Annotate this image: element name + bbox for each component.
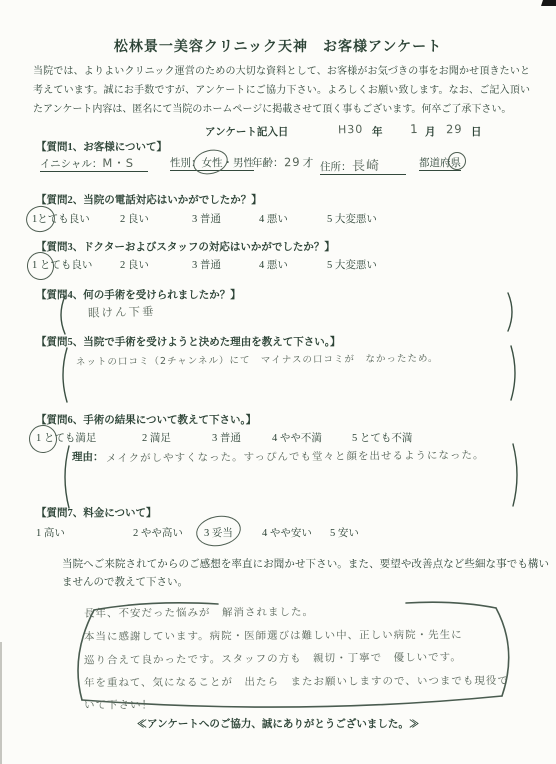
q7-option-2: 2 やや高い [133, 525, 204, 540]
q6-heading: 【質問6、手術の結果について教えて下さい。】 [36, 412, 256, 427]
gender-field: 性別：女性・男性 [170, 155, 254, 171]
age-unit: 才 [303, 158, 314, 169]
address-label: 住所： [320, 162, 352, 173]
age-value: 29 [283, 155, 300, 169]
date-year-value: H30 [338, 123, 364, 137]
q2-option-3: 3 普通 [192, 211, 259, 226]
q6-bracket-left [58, 444, 72, 510]
date-month-value: 1 [410, 122, 419, 136]
q6-option-5: 5 とても不満 [352, 430, 412, 445]
q3-option-3: 3 普通 [192, 257, 259, 272]
q1-heading: 【質問1、お客様について】 [36, 139, 167, 154]
intro-text: 当院では、よりよいクリニック運営のための大切な資料として、お客様がお気づきの事を… [33, 62, 530, 120]
q7-option-1: 1 高い [36, 525, 133, 540]
address-value: 長崎 [351, 155, 380, 175]
q6-option-2: 2 満足 [142, 430, 212, 445]
q6-reason-label: 理由： [72, 452, 104, 463]
q7-option-3: 3 妥当 [204, 525, 262, 540]
q7-heading: 【質問7、料金について】 [36, 505, 157, 520]
q5-bracket-right [508, 344, 522, 402]
q3-option-4: 4 悪い [259, 257, 327, 272]
date-year-unit: 年 [372, 124, 383, 139]
page-title: 松林景一美容クリニック天神 お客様アンケート [0, 36, 556, 56]
q6-option-1: 1 とても満足 [36, 430, 142, 445]
q2-option-4: 4 悪い [259, 211, 327, 226]
date-label: アンケート記入日 [205, 124, 288, 139]
q7-option-4: 4 やや安い [262, 525, 330, 540]
feedback-prompt: 当院へご来院されてからのご感想を率直にお聞かせ下さい。また、要望や改善点など些細… [62, 556, 549, 592]
q2-option-2: 2 良い [120, 211, 192, 226]
feedback-text: 長年、不安だった悩みが 解消されました。 本当に感謝しています。病院・医師選びは… [84, 602, 524, 717]
q5-heading: 【質問5、当院で手術を受けようと決めた理由を教えて下さい。】 [36, 334, 341, 349]
q3-option-5: 5 大変悪い [327, 257, 377, 272]
survey-document: 松林景一美容クリニック天神 お客様アンケート 当院では、よりよいクリニック運営の… [0, 0, 556, 764]
scan-artifact-left-edge [0, 642, 2, 764]
address-field: 住所：長崎 [320, 155, 406, 175]
q3-options-row: 1 とても良い 2 良い 3 普通 4 悪い 5 大変悪い [32, 257, 377, 272]
q3-option-2: 2 良い [120, 257, 192, 272]
q6-options-row: 1 とても満足 2 満足 3 普通 4 やや不満 5 とても不満 [36, 430, 412, 445]
date-month-unit: 月 [425, 124, 436, 139]
date-day-unit: 日 [471, 124, 482, 139]
feedback-line-1: 長年、不安だった悩みが 解消されました。 [84, 601, 314, 625]
prefecture-label-prefix: 都道府 [419, 158, 451, 169]
q5-bracket-left [56, 346, 70, 404]
q2-heading: 【質問2、当院の電話対応はいかがでしたか？】 [36, 192, 262, 207]
initials-value: M・S [102, 155, 134, 171]
q3-heading: 【質問3、ドクターおよびスタッフの対応はいかがでしたか？】 [36, 239, 335, 254]
q2-option-5: 5 大変悪い [327, 211, 377, 226]
q6-reason-row: 理由： メイクがしやすくなった。すっぴんでも堂々と顔を出せるようになった。 [72, 449, 485, 464]
q4-bracket-left [54, 294, 68, 336]
age-field: 年齢：29 才 [252, 155, 313, 170]
q7-option-5: 5 安い [330, 525, 359, 540]
q6-option-3: 3 普通 [212, 430, 272, 445]
feedback-line-4: 年を重ねて、気になることが 出たら またお願いしますので、いつまでも現役で [84, 670, 509, 694]
q2-option-1: 1とても良い [32, 211, 120, 226]
q4-bracket-right [505, 291, 519, 333]
q3-option-1: 1 とても良い [32, 257, 120, 272]
q7-options-row: 1 高い 2 やや高い 3 妥当 4 やや安い 5 安い [36, 525, 359, 540]
prefecture-field: 都道府県 [419, 155, 461, 171]
gender-option-female: 女性 [202, 158, 223, 169]
feedback-line-2: 本当に感謝しています。病院・医師選びは難しい中、正しい病院・先生に [84, 624, 463, 648]
q6-reason: メイクがしやすくなった。すっぴんでも堂々と顔を出せるようになった。 [106, 447, 485, 465]
q2-options-row: 1とても良い 2 良い 3 普通 4 悪い 5 大変悪い [32, 211, 377, 226]
q6-option-4: 4 やや不満 [272, 430, 352, 445]
age-label: 年齢： [252, 158, 284, 169]
initials-label: イニシャル： [40, 159, 102, 170]
gender-label: 性別： [170, 158, 202, 169]
q6-bracket-right [510, 442, 524, 508]
footer-text: ≪アンケートへのご協力、誠にありがとうございました。≫ [0, 716, 556, 731]
q4-answer: 眼けん下垂 [88, 303, 156, 321]
scan-artifact-corner [541, 0, 556, 6]
q5-answer: ネットの口コミ（2チャンネル）にて マイナスの口コミが なかったため。 [76, 350, 439, 368]
initials-field: イニシャル：M・S [40, 155, 148, 172]
feedback-line-5: いて下さい！ [84, 694, 153, 716]
feedback-line-3: 巡り合えて良かったです。スタッフの方も 親切・丁寧で 優しいです。 [84, 646, 462, 671]
gender-option-male: 男性 [233, 158, 254, 169]
prefecture-circled-char: 県 [451, 158, 462, 169]
date-day-value: 29 [446, 122, 463, 136]
gender-separator: ・ [223, 158, 234, 169]
